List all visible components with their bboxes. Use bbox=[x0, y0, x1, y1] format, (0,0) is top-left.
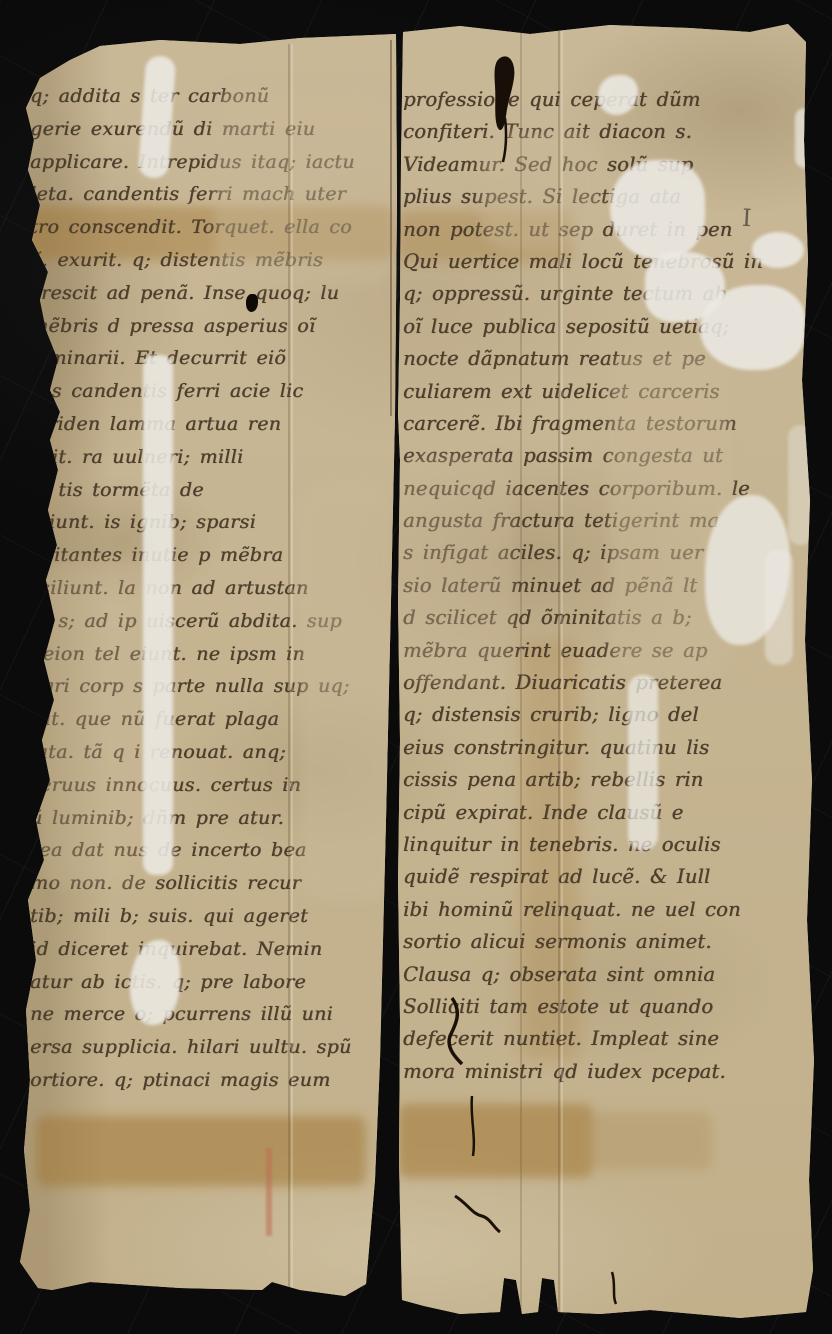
manuscript-text-line: q; distensis crurib; ligno del bbox=[403, 699, 763, 731]
manuscript-text-line: atur ab ictis. q; pre labore bbox=[30, 966, 355, 999]
manuscript-text-line: defecerit nuntiet. Impleat sine bbox=[403, 1023, 763, 1055]
manuscript-text-line: tro conscendit. Torquet. ella co bbox=[30, 211, 355, 244]
manuscript-text-line: ibi hominũ relinquat. ne uel con bbox=[403, 894, 763, 926]
manuscript-text-line: Qui uertice mali locũ tenebrosũ in bbox=[403, 246, 763, 278]
red-fiber-crease bbox=[266, 1148, 272, 1236]
manuscript-text-line: quidẽ respirat ad lucẽ. & Iull bbox=[403, 861, 763, 893]
manuscript-text-line: oĩ luce publica sepositũ uetiaq; bbox=[403, 311, 763, 343]
ink-fleck bbox=[545, 22, 551, 30]
manuscript-text-line: s infigat aciles. q; ipsam uer bbox=[403, 537, 763, 569]
manuscript-text-line: sas candentis ferri acie lic bbox=[30, 375, 355, 408]
white-edge-fray bbox=[795, 108, 817, 168]
manuscript-text-line: sortio alicui sermonis animet. bbox=[403, 926, 763, 958]
ink-fleck bbox=[583, 20, 588, 26]
manuscript-text-line: exasperata passim congesta ut bbox=[403, 440, 763, 472]
manuscript-text-line: seruus innocuus. certus in bbox=[30, 769, 355, 802]
white-edge-fray bbox=[788, 425, 814, 545]
manuscript-text-line: id diceret inquirebat. Nemin bbox=[30, 933, 355, 966]
manuscript-text-line: mẽbra querint euadere se ap bbox=[403, 635, 763, 667]
fold-crease bbox=[390, 40, 392, 416]
crack-line bbox=[472, 1096, 474, 1156]
stain-band-bottom-right-faint bbox=[592, 1112, 712, 1170]
manuscript-text-line: in tis tormẽta de bbox=[30, 474, 355, 507]
manuscript-text-line: rat. que nũ fuerat plaga bbox=[30, 703, 355, 736]
manuscript-text-line: non potest. ut sep duret in pen bbox=[403, 214, 763, 246]
manuscript-text-line: angusta fractura tetigerint ma bbox=[403, 505, 763, 537]
crack-mark bbox=[612, 1272, 616, 1304]
manuscript-text-line: nocte dãpnatum reatus et pe bbox=[403, 343, 763, 375]
text-column-right: professione qui ceperat dũmconfiteri. Tu… bbox=[403, 84, 763, 1088]
manuscript-text-line: ũ luminib; dñm pre atur. bbox=[30, 802, 355, 835]
manuscript-text-line: mora ministri qd iudex pcepat. bbox=[403, 1056, 763, 1088]
manuscript-text-line: ssiliunt. la non ad artustan bbox=[30, 572, 355, 605]
manuscript-text-line: rea dat nus de incerto bea bbox=[30, 834, 355, 867]
folio-mark: I bbox=[741, 204, 752, 232]
manuscript-text-line: egri corp s parte nulla sup uq; bbox=[30, 670, 355, 703]
manuscript-text-line: tib; mili b; suis. qui ageret bbox=[30, 900, 355, 933]
manuscript-text-line: cipũ expirat. Inde clausũ e bbox=[403, 797, 763, 829]
manuscript-text-line: d scilicet qd õminitatis a b; bbox=[403, 602, 763, 634]
manuscript-text-line: professione qui ceperat dũm bbox=[403, 84, 763, 116]
manuscript-text-line: Solliciti tam estote ut quando bbox=[403, 991, 763, 1023]
crack-zigzag bbox=[455, 1196, 500, 1232]
manuscript-text-line: culiarem ext uidelicet carceris bbox=[403, 376, 763, 408]
text-column-left: q; addita s ter carbonũgerie exurendũ di… bbox=[30, 80, 355, 1097]
manuscript-text-line: ne merce o; pcurrens illũ uni bbox=[30, 998, 355, 1031]
manuscript-text-line: leta. candentis ferri mach uter bbox=[30, 178, 355, 211]
stain-band-bottom-right bbox=[398, 1104, 593, 1178]
manuscript-text-line: ortiore. q; ptinaci magis eum bbox=[30, 1064, 355, 1097]
manuscript-text-line: gerie exurendũ di marti eiu bbox=[30, 113, 355, 146]
manuscript-text-line: crescit ad penã. Inse quoq; lu bbox=[30, 277, 355, 310]
manuscript-text-line: q; addita s ter carbonũ bbox=[30, 80, 355, 113]
manuscript-text-line: q; oppressũ. urginte tectum ab bbox=[403, 278, 763, 310]
manuscript-text-line: mo non. de sollicitis recur bbox=[30, 867, 355, 900]
manuscript-text-line: cissis pena artib; rebellis rin bbox=[403, 764, 763, 796]
manuscript-text-line: nequicqd iacentes corporibum. le bbox=[403, 473, 763, 505]
manuscript-text-line: confiteri. Tunc ait diacon s. bbox=[403, 116, 763, 148]
manuscript-text-line: iuiunt. is ignib; sparsi bbox=[30, 506, 355, 539]
manuscript-text-line: lata. tã q i renouat. anq; bbox=[30, 736, 355, 769]
manuscript-text-line: striden lamma artua ren bbox=[30, 408, 355, 441]
manuscript-text-line: applicare. Intrepidus itaq; iactu bbox=[30, 146, 355, 179]
manuscript-text-line: carcerẽ. Ibi fragmenta testorum bbox=[403, 408, 763, 440]
manuscript-text-line: Clausa q; obserata sint omnia bbox=[403, 959, 763, 991]
manuscript-text-line: plius supest. Si lectiga ata bbox=[403, 181, 763, 213]
manuscript-text-line: sio laterũ minuet ad pẽnã lt bbox=[403, 570, 763, 602]
manuscript-text-line: mminarii. Et decurrit eiõ bbox=[30, 342, 355, 375]
stain-band-bottom-left bbox=[36, 1116, 366, 1186]
manuscript-text-line: ũ. s; ad ip uiscerũ abdita. sup bbox=[30, 605, 355, 638]
manuscript-text-line: Videamur. Sed hoc solũ sup bbox=[403, 149, 763, 181]
manuscript-text-line: epitantes inutie p mẽbra bbox=[30, 539, 355, 572]
manuscript-text-line: ileion tel eiunt. ne ipsm in bbox=[30, 638, 355, 671]
manuscript-photo-background: q; addita s ter carbonũgerie exurendũ di… bbox=[0, 0, 832, 1334]
manuscript-text-line: ẽ. exurit. q; distentis mẽbris bbox=[30, 244, 355, 277]
white-streak bbox=[765, 550, 793, 665]
manuscript-text-line: offendant. Diuaricatis preterea bbox=[403, 667, 763, 699]
manuscript-text-line: eius constringitur. quatinu lis bbox=[403, 732, 763, 764]
manuscript-text-line: ersa supplicia. hilari uultu. spũ bbox=[30, 1031, 355, 1064]
manuscript-text-line: rgit. ra uulneri; milli bbox=[30, 441, 355, 474]
manuscript-text-line: mẽbris d pressa asperius oĩ bbox=[30, 310, 355, 343]
manuscript-text-line: linquitur in tenebris. ne oculis bbox=[403, 829, 763, 861]
